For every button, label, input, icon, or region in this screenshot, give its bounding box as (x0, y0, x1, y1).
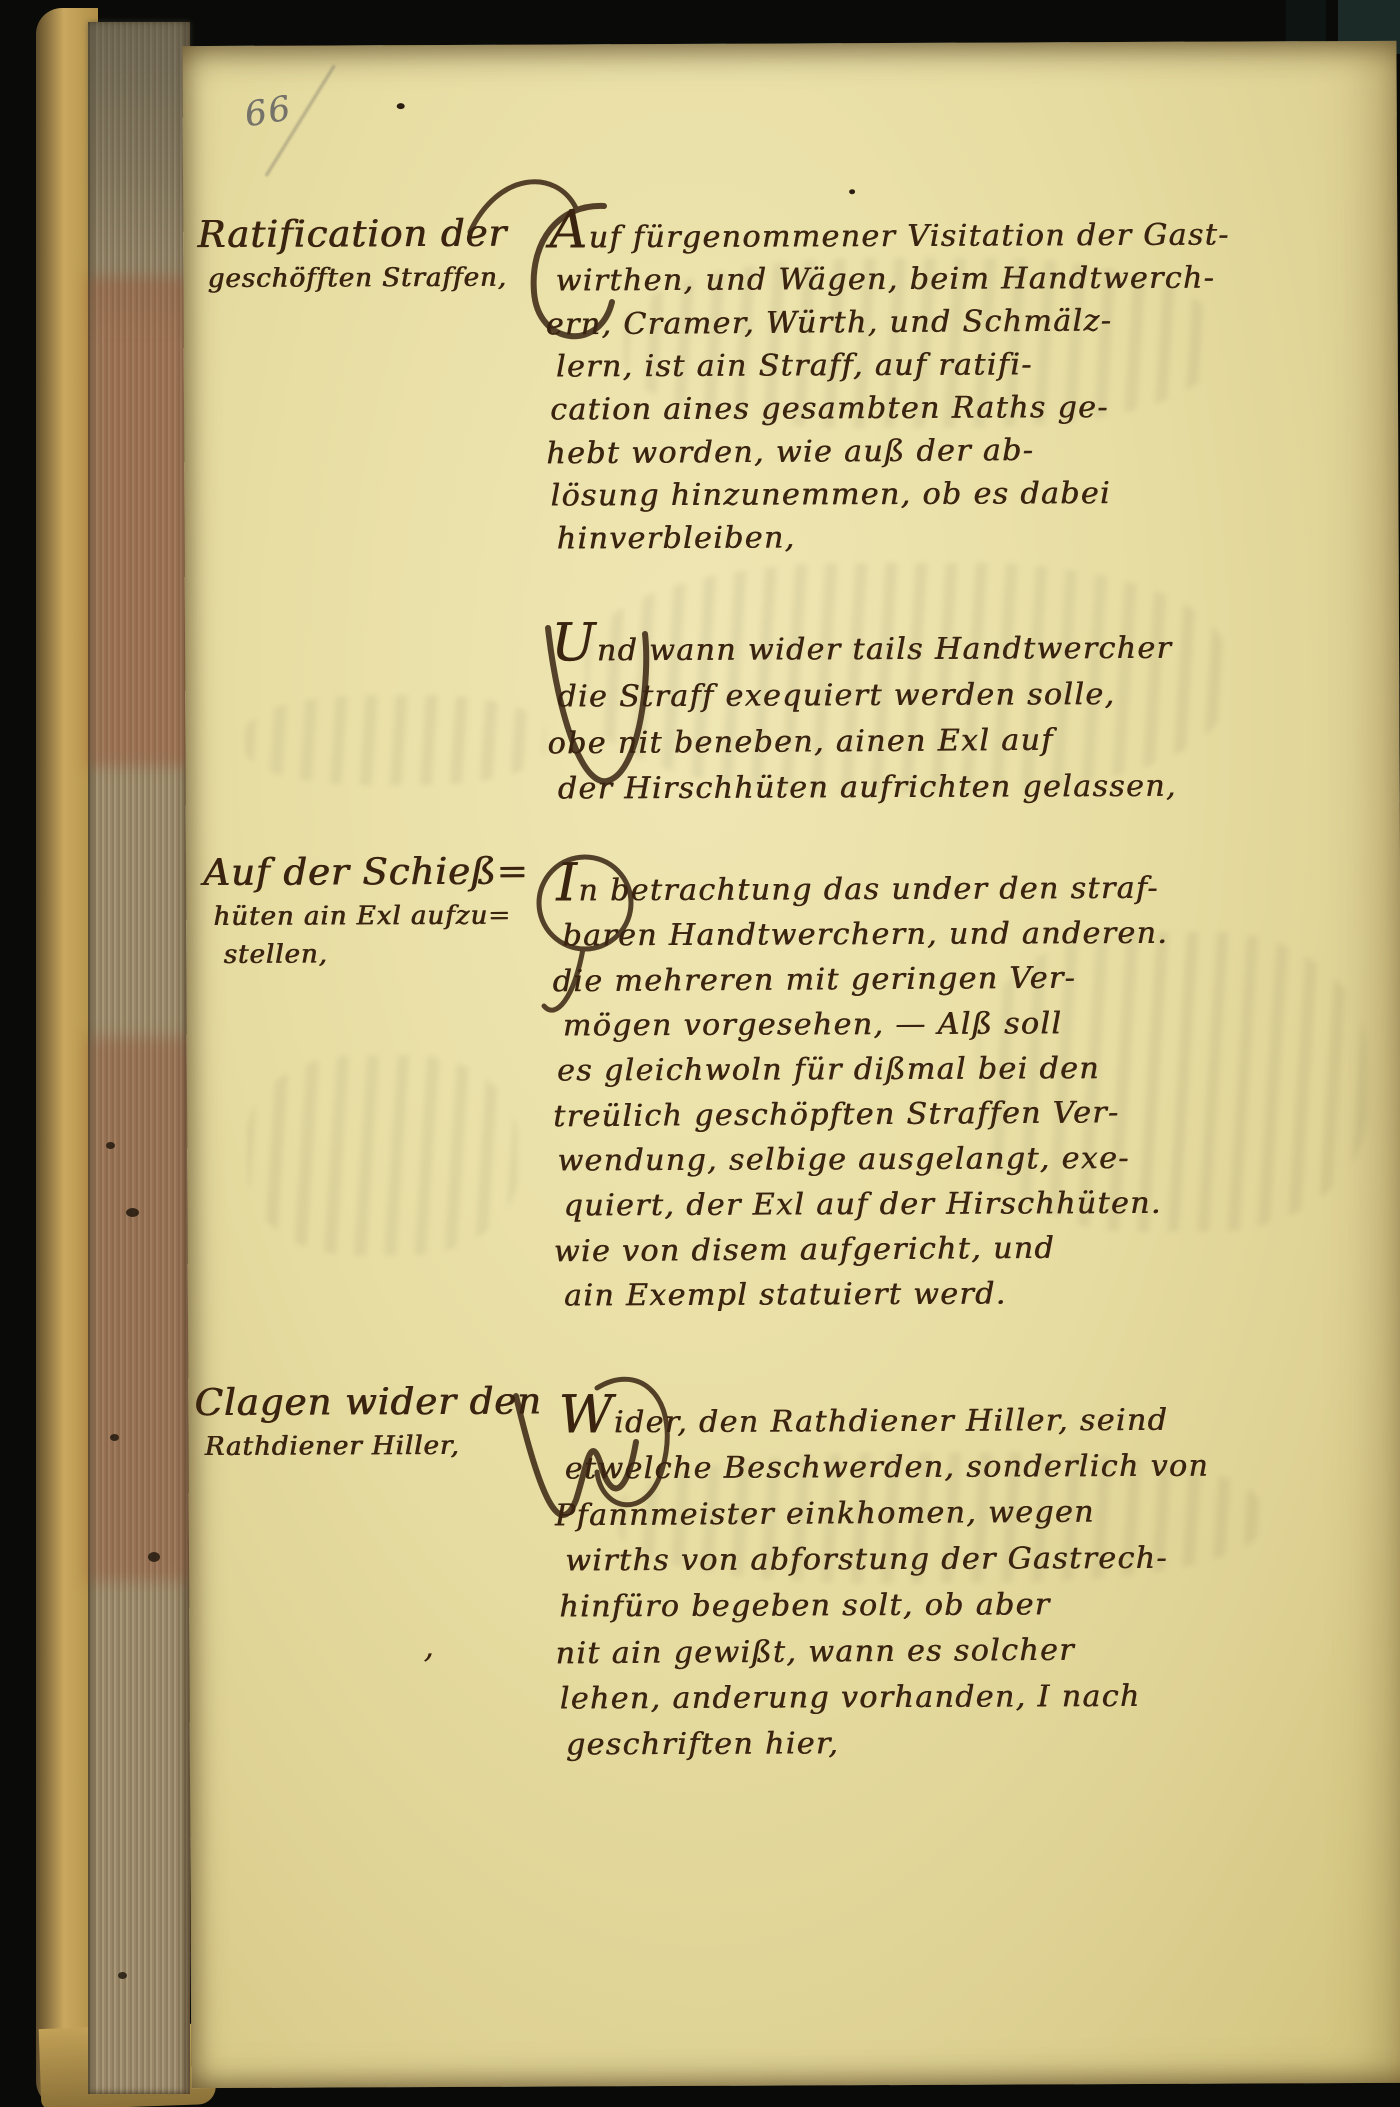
manuscript-line: obe nit beneben, ainen Exl auf (547, 717, 1168, 767)
edge-speck (118, 1972, 127, 1979)
manuscript-photo: { "folio_number": "66", "entries": [ { "… (0, 0, 1400, 2107)
manuscript-line: die Straff exequiert werden solle, (557, 672, 1178, 721)
heading-line: Ratification der (197, 209, 507, 260)
manuscript-line: cation aines gesambten Raths ge- (550, 386, 1230, 432)
ink-speck (849, 189, 855, 194)
heading-line: geschöfften Straffen, (207, 259, 507, 298)
manuscript-line: die mehreren mit geringen Ver- (552, 955, 1158, 1004)
manuscript-line: treülich geschöpften Straffen Ver- (553, 1090, 1159, 1139)
entry-body-clagen-hiller: Wider, den Rathdiener Hiller, seind etwe… (558, 1390, 1204, 1769)
fore-edge-red-stain (88, 277, 190, 767)
background-shelf-slot (1286, 0, 1326, 46)
manuscript-line: wendung, selbige ausgelangt, exe- (557, 1136, 1163, 1184)
entry-body-schiesshuetten: In betrachtung das under den straf- bare… (556, 858, 1164, 1319)
margin-heading-ratification: Ratification der geschöfften Straffen, (197, 209, 507, 298)
manuscript-line: lehen, anderung vorhanden, I nach (560, 1674, 1205, 1723)
heading-line: stellen, (223, 935, 529, 974)
manuscript-line: wirthen, und Wägen, beim Handtwerch- (555, 257, 1235, 303)
edge-speck (148, 1552, 160, 1562)
manuscript-line: quiert, der Exl auf der Hirschhüten. (563, 1181, 1169, 1229)
manuscript-line: Auf fürgenommener Visitation der Gast- (549, 206, 1230, 260)
manuscript-page: 66 Ratification der geschöfften Straffen… (182, 41, 1400, 2088)
manuscript-line: hinverbleiben, (557, 515, 1237, 561)
folio-number: 66 (242, 88, 295, 135)
heading-line: Auf der Schieß= (203, 847, 529, 898)
heading-line: Clagen wider den (194, 1377, 542, 1429)
manuscript-line: baren Handtwerchern, und anderen. (562, 911, 1168, 959)
manuscript-line: etwelche Beschwerden, sonderlich von (565, 1444, 1210, 1493)
book-fore-edge (88, 22, 190, 2094)
manuscript-line: ern, Cramer, Würth, und Schmälz- (546, 299, 1227, 347)
manuscript-line: mögen vorgesehen, — Alß soll (563, 1001, 1169, 1049)
margin-heading-schiesshuetten: Auf der Schieß= hüten ain Exl aufzu= ste… (203, 847, 529, 974)
manuscript-line: In betrachtung das under den straf- (556, 858, 1162, 914)
stray-ink-mark: , (423, 1626, 434, 1666)
manuscript-line: Und wann wider tails Handtwercher (551, 618, 1172, 675)
heading-line: Rathdiener Hiller, (204, 1427, 541, 1466)
bleedthrough-text (247, 1055, 518, 1256)
manuscript-line: Pfannmeister einkhomen, wegen (555, 1489, 1200, 1539)
manuscript-line: Wider, den Rathdiener Hiller, seind (558, 1390, 1203, 1447)
manuscript-line: wie von disem aufgericht, und (554, 1225, 1160, 1274)
edge-speck (106, 1142, 115, 1149)
entry-body-ratification: Auf fürgenommener Visitation der Gast- w… (549, 206, 1231, 561)
entry-body-handwercher: Und wann wider tails Handtwercher die St… (551, 618, 1173, 813)
fore-edge-red-stain (88, 1037, 190, 1582)
manuscript-line: ain Exempl statuiert werd. (564, 1271, 1170, 1319)
manuscript-line: lösung hinzunemmen, ob es dabei (550, 472, 1230, 518)
manuscript-line: geschriften hier, (566, 1720, 1211, 1769)
manuscript-line: es gleichwoln für dißmal bei den (557, 1046, 1163, 1094)
manuscript-line: wirths von abforstung der Gastrech- (565, 1536, 1210, 1585)
manuscript-line: hebt worden, wie auß der ab- (546, 428, 1227, 476)
edge-speck (126, 1208, 139, 1217)
bleedthrough-text (245, 695, 545, 786)
heading-line: hüten ain Exl aufzu= (213, 897, 529, 936)
manuscript-line: nit ain gewißt, wann es solcher (555, 1627, 1200, 1677)
manuscript-line: hinfüro begeben solt, ob aber (559, 1582, 1204, 1631)
manuscript-line: lern, ist ain Straff, auf ratifi- (556, 343, 1236, 389)
edge-speck (110, 1434, 119, 1441)
manuscript-line: der Hirschhüten aufrichten gelassen, (558, 764, 1179, 813)
margin-heading-clagen-hiller: Clagen wider den Rathdiener Hiller, (194, 1377, 542, 1467)
ink-speck (397, 103, 405, 109)
